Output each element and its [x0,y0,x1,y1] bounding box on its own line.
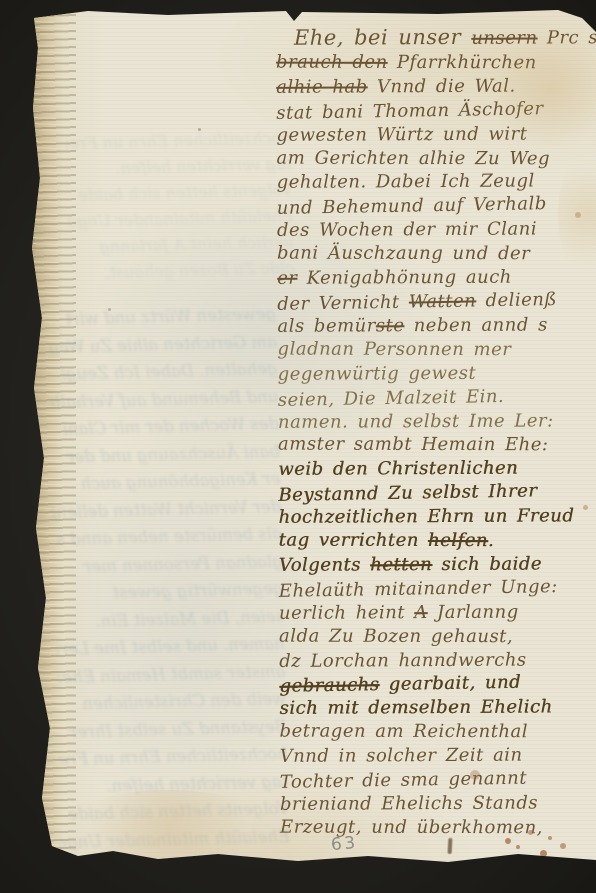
stain-spot [198,128,201,131]
bleedthrough-line: uerlich heint A Jarlanng [69,229,295,261]
manuscript-line: bani Äuschzaung und der [277,242,596,267]
bleedthrough-line: tag verrichten helfen. [58,767,289,801]
manuscript-line: und Behemund auf Verhalb [277,191,596,221]
bleedthrough-line: am Gerichten alhie Zu Weg [47,328,278,362]
strikethrough-text: helfen [428,530,488,551]
bleedthrough-line: alda Zu Bozen gehaust, [69,255,295,287]
bleedthrough-line: des Wochen der mir Clani [49,410,280,444]
page-number: 63 [330,833,358,855]
bleedthrough-line: weib den Christenlichen [56,685,287,719]
manuscript-line: am Gerichten alhie Zu Weg [277,146,596,171]
manuscript-line: gladnan Personnen mer [278,337,596,362]
strikethrough-text: A [414,602,428,623]
manuscript-text-block: Ehe, bei unser unsern Prc sbrauch den Pf… [276,25,596,841]
strikethrough-text: brauch den [276,51,388,72]
strikethrough-text: alhie hab [276,76,368,97]
manuscript-line: alda Zu Bozen gehaust, [279,624,596,649]
manuscript-line: sich mit demselben Ehelich [279,696,596,722]
manuscript-line: Ehelaüth mitainander Unge: [279,574,596,604]
stain-spot [560,843,566,849]
bleedthrough-line: Ehelaüth mitainander Unge: [59,822,290,856]
manuscript-line: stat bani Thoman Äschofer [276,96,596,126]
bleedthrough-line: gladnan Personnen mer [52,547,283,581]
stain-spot [108,308,111,311]
stain-spot [540,850,547,857]
manuscript-line: Erzeugt, und überkhomen, [280,815,596,840]
bleedthrough-line: tag verrichten helfen. [67,151,293,183]
bleedthrough-line: Ehelaüth mitainander Unge: [68,203,294,235]
strikethrough-text: hetten [370,554,432,575]
manuscript-line: betragen am Reichenthal [280,720,596,745]
bleedthrough-line: hochzeitlichen Ehrn un Freud [66,125,292,157]
manuscript-line: gegenwürtig gewest [278,361,596,387]
bleedthrough-line: gehalten. Dabei Ich Zeugl [47,355,278,389]
manuscript-line: er Kenigabhönung auch [277,265,596,291]
manuscript-line: seien, Die Malzeit Ein. [278,383,596,413]
manuscript-line: gewesten Würtz und wirt [276,122,596,148]
bleedthrough-line: seien, Die Malzeit Ein. [54,602,285,636]
bleedthrough-line: als bemürste neben annd s [52,520,283,554]
book-binding-edge [18,8,76,868]
strikethrough-text: gebrauchs [279,675,379,698]
ink-drip-mark [448,838,453,854]
manuscript-line: brieniand Ehelichs Stands [280,791,596,817]
manuscript-line: Tochter die sma genannt [280,765,596,795]
manuscript-line: Beystannd Zu selbst Ihrer [278,478,596,508]
manuscript-line: der Vernicht Watten delienß [277,287,596,317]
bleedthrough-line: Volgents hetten sich baide [67,177,293,209]
manuscript-line: Ehe, bei unser unsern Prc s [294,25,596,52]
stain-spot [516,845,520,849]
verso-bleedthrough-lower: gewesten Würtz und wirtam Gerichten alhi… [46,300,290,858]
manuscript-line: tag verrichten helfen. [279,529,596,554]
manuscript-line: namen. und selbst Ime Ler: [278,409,596,435]
bleedthrough-line: gegenwürtig gewest [53,575,284,609]
stain-spot [63,790,273,860]
manuscript-line: amster sambt Hemain Ehe: [278,433,596,458]
scan-background: hochzeitlichen Ehrn un Freudtag verricht… [0,0,596,893]
verso-bleedthrough-upper: hochzeitlichen Ehrn un Freudtag verricht… [66,125,295,291]
bleedthrough-line: hochzeitlichen Ehrn un Freud [57,740,288,774]
manuscript-line: uerlich heint A Jarlanng [279,600,596,626]
manuscript-line: alhie hab Vnnd die Wal. [276,74,596,100]
manuscript-line: des Wochen der mir Clani [277,217,596,243]
bleedthrough-line: bani Äuschzaung und der [49,438,280,472]
bleedthrough-line: Beystannd Zu selbst Ihrer [57,712,288,746]
bleedthrough-line: namen. und selbst Ime Ler: [54,630,285,664]
manuscript-line: als bemürste neben annd s [277,313,596,339]
bleedthrough-line: der Vernicht Watten delienß [51,493,282,527]
manuscript-line: gebrauchs gearbait, und [279,670,596,700]
strikethrough-text: er [277,268,297,289]
bleedthrough-line: er Kenigabhönung auch [50,465,281,499]
strikethrough-text: Watten [409,290,477,312]
strikethrough-text: unsern [471,27,537,48]
bleedthrough-line: Volgents hetten sich baide [59,795,290,829]
manuscript-page: hochzeitlichen Ehrn un Freudtag verricht… [18,8,596,868]
manuscript-line: brauch den Pfarrkhürchen [276,50,596,75]
bleedthrough-line: und Behemund auf Verhalb [48,383,279,417]
manuscript-line: Vnnd in solcher Zeit ain [280,743,596,769]
manuscript-line: Volgents hetten sich baide [279,552,596,578]
bleedthrough-line: gewesten Würtz und wirt [46,300,277,334]
bleedthrough-line: amster sambt Hemain Ehe: [55,657,286,691]
strikethrough-text: ste [376,315,405,336]
manuscript-line: hochzeitlichen Ehrn un Freud [278,504,596,530]
